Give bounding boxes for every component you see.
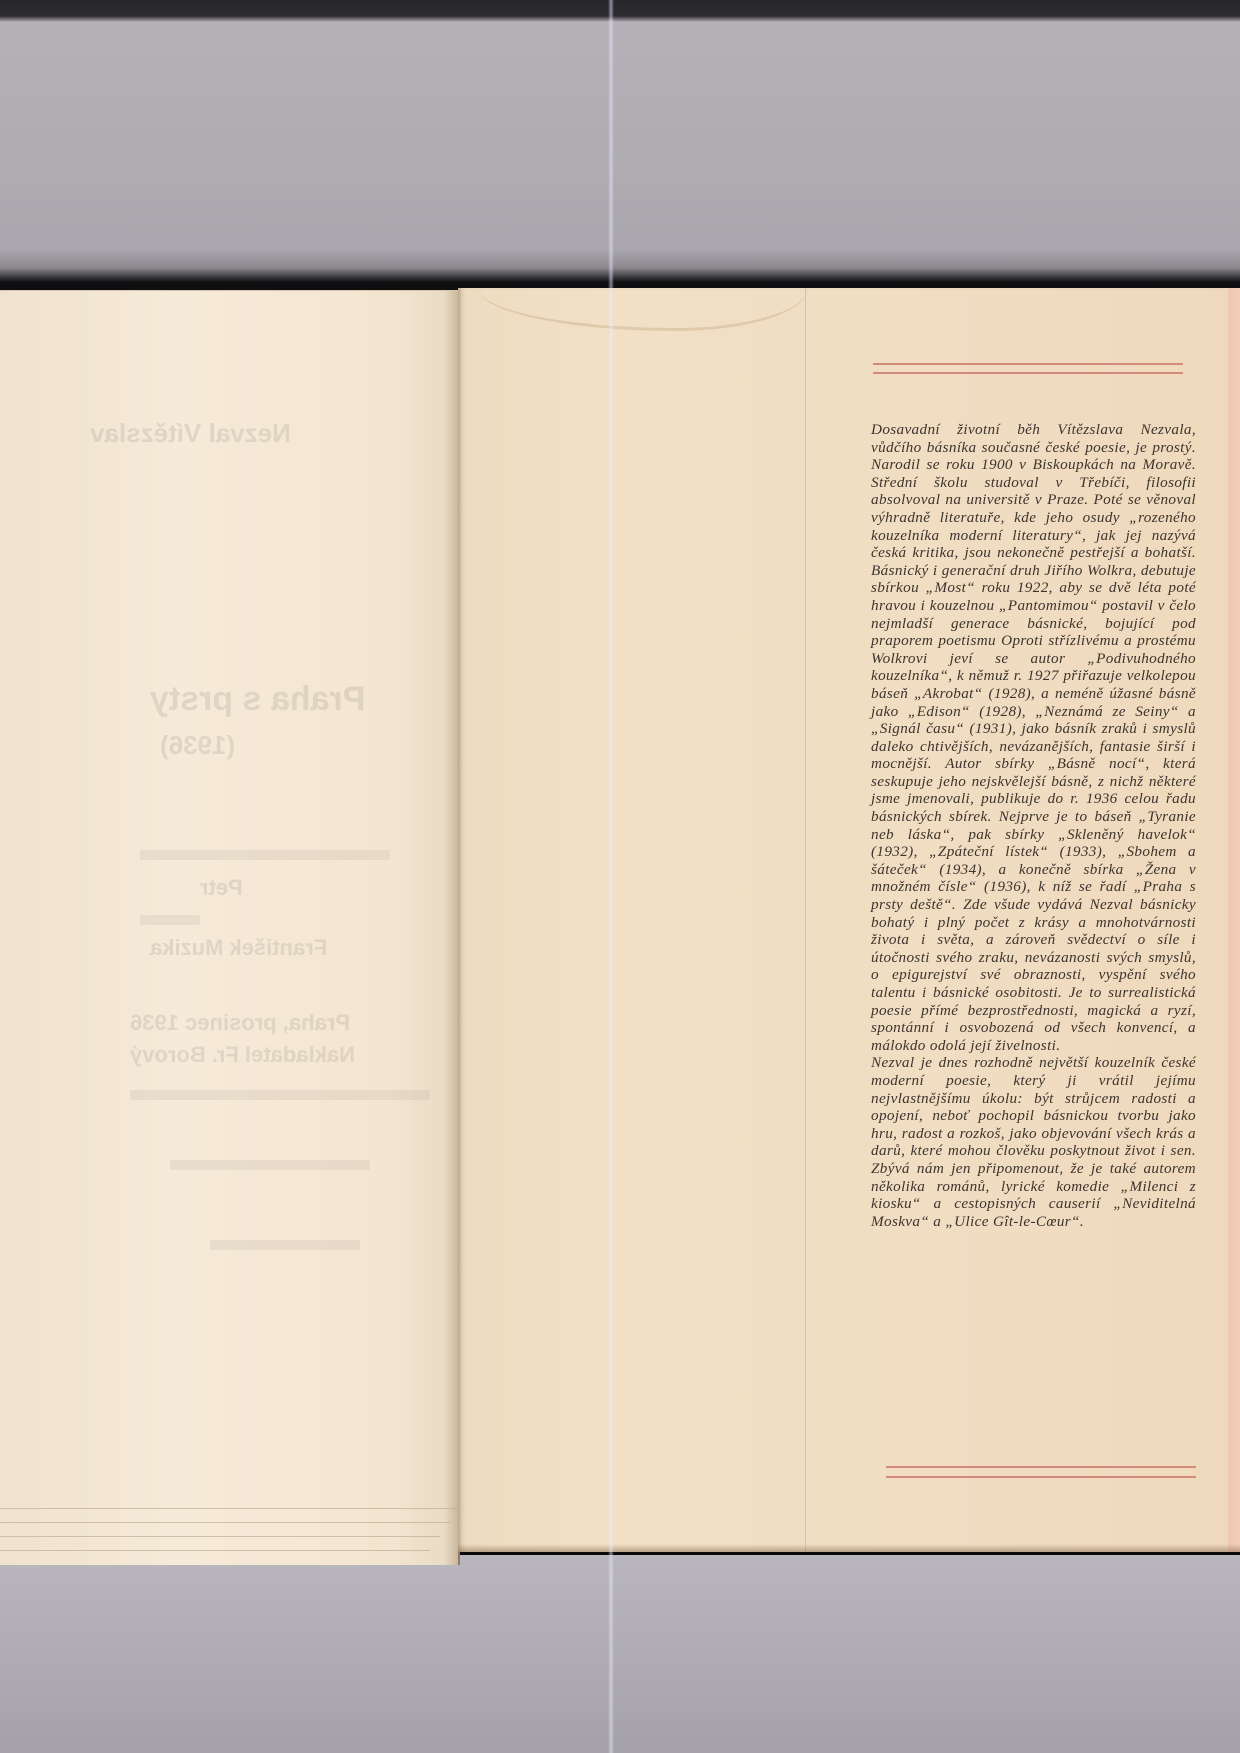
ghost-text-year: (1936): [160, 730, 235, 761]
biography-paragraph-2: Nezval je dnes rozhodně největší kouzeln…: [871, 1054, 1196, 1230]
page-stack-edge: [0, 1536, 440, 1537]
ghost-text-date: Praha, prosinec 1936: [130, 1010, 350, 1036]
ghost-text-typographer: František Muzika: [150, 935, 327, 961]
torn-bottom-edge: [458, 1544, 1240, 1552]
page-stack-edge: [0, 1522, 450, 1523]
top-rule-1: [873, 363, 1183, 365]
ghost-line: [170, 1160, 370, 1170]
ghost-text-title: Praha s prsty: [150, 680, 365, 719]
fold-line: [805, 288, 806, 1552]
right-page-jacket-flap: Dosavadní životní běh Vítězslava Nezvala…: [458, 288, 1240, 1552]
ghost-line: [210, 1240, 360, 1250]
left-page-flyleaf: Nezval Vítězslav Praha s prsty (1936) Pe…: [0, 290, 460, 1565]
ghost-text-author: Nezval Vítězslav: [90, 418, 291, 449]
page-stack-edge: [0, 1550, 430, 1551]
bottom-rule-2: [886, 1476, 1196, 1478]
page-edge-strip: [1228, 288, 1240, 1552]
author-biography: Dosavadní životní běh Vítězslava Nezvala…: [871, 421, 1196, 1230]
scanner-bed-bottom: [0, 1555, 1240, 1753]
water-stain: [478, 288, 808, 331]
biography-paragraph-1: Dosavadní životní běh Vítězslava Nezvala…: [871, 421, 1196, 1054]
top-rule-2: [873, 372, 1183, 374]
bottom-rule-1: [886, 1466, 1196, 1468]
ghost-line: [130, 1090, 430, 1100]
ghost-line: [140, 915, 200, 925]
ghost-line: [140, 850, 390, 860]
ghost-text-publisher: Nakladatel Fr. Borový: [130, 1042, 355, 1068]
ghost-text-illustrator: Petr: [200, 875, 243, 901]
page-stack-edge: [0, 1508, 458, 1509]
